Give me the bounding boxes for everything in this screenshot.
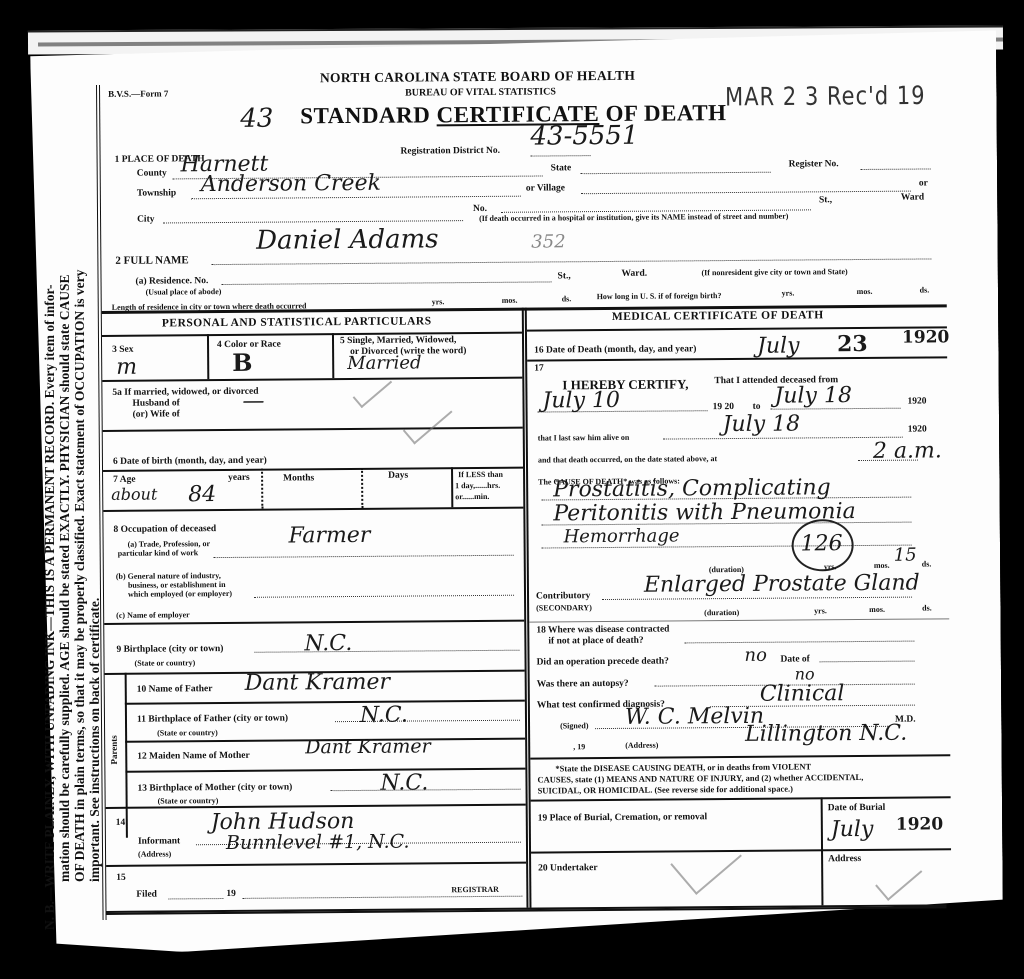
operation-date-label: Date of: [780, 654, 809, 664]
where-contracted-field[interactable]: [684, 641, 914, 644]
rule: [527, 326, 947, 331]
marital-status-value: Married: [347, 352, 421, 374]
spouse-label-2: Husband of: [132, 398, 179, 408]
full-name-field[interactable]: [211, 258, 931, 265]
attend-from-value: July 10: [542, 388, 620, 414]
reg-district-dots: [531, 155, 591, 156]
city-label: City: [137, 215, 154, 225]
undertaker-label: 20 Undertaker: [538, 863, 597, 873]
foreign-mos-label: mos.: [857, 287, 873, 296]
spouse-value: —: [242, 389, 264, 414]
sex-value: m: [116, 355, 137, 380]
occupation-label: 8 Occupation of deceased: [113, 524, 216, 535]
rule: [531, 796, 951, 801]
rule: [103, 427, 523, 432]
contrib-yrs-label: yrs.: [814, 606, 827, 615]
informant-address-value: Bunnlevel #1, N.C.: [226, 831, 410, 854]
occupation-a-value: Farmer: [288, 523, 370, 549]
date-of-death-label: 16 Date of Death (month, day, and year): [534, 344, 696, 355]
rule: [125, 673, 128, 838]
nonresident-note: (If nonresident give city or town and St…: [701, 267, 847, 277]
age-value: 84: [188, 482, 216, 507]
registration-district-label: Registration District No.: [400, 146, 500, 157]
city-field[interactable]: [163, 220, 463, 223]
personal-section-title: PERSONAL AND STATISTICAL PARTICULARS: [162, 315, 432, 329]
days-label: Days: [388, 471, 408, 481]
rule: [125, 768, 525, 773]
rule: [102, 332, 522, 337]
hospital-note: (If death occurred in a hospital or inst…: [479, 212, 788, 223]
township-label: Township: [137, 188, 176, 198]
cause-line-3: Hemorrhage: [563, 525, 679, 547]
physician-address-value: Lillington N.C.: [745, 721, 907, 747]
side-instructions-line-3: OF DEATH in plain terms, so that it may …: [72, 100, 87, 930]
filed-year-label: 19: [226, 889, 236, 899]
burial-date-label: Date of Burial: [828, 803, 886, 813]
foreign-ds-label: ds.: [920, 285, 930, 294]
length-yrs-label: yrs.: [432, 297, 445, 306]
rule: [332, 333, 334, 378]
cause-code: 126: [801, 531, 843, 556]
last-saw-label: that I last saw him alive on: [538, 433, 630, 443]
operation-value: no: [744, 645, 767, 666]
residence-field[interactable]: [222, 281, 552, 285]
where-contracted-label-2: if not at place of death?: [548, 636, 643, 647]
informant-label: Informant: [138, 836, 180, 846]
filed-label: Filed: [136, 890, 157, 900]
informant-number: 14: [116, 818, 126, 828]
residence-sublabel: (Usual place of abode): [146, 287, 222, 297]
duration-ds-label: ds.: [922, 559, 932, 568]
received-stamp: MAR 2 3 Rec'd 19: [725, 81, 926, 111]
bureau-name: BUREAU OF VITAL STATISTICS: [405, 86, 556, 98]
center-divider: [522, 308, 532, 908]
mother-name-label: 12 Maiden Name of Mother: [137, 751, 249, 762]
last-saw-field[interactable]: [663, 437, 903, 440]
undertaker-address-label: Address: [828, 854, 861, 864]
rule: [361, 468, 363, 508]
autopsy-label: Was there an autopsy?: [537, 679, 629, 690]
signed-label: (Signed): [560, 721, 589, 730]
register-no-field[interactable]: [861, 168, 931, 170]
filed-date-field[interactable]: [168, 898, 223, 899]
full-name-value: Daniel Adams: [256, 224, 439, 255]
months-label: Months: [283, 473, 314, 483]
father-birthplace-value: N.C.: [360, 703, 408, 728]
operation-label: Did an operation precede death?: [537, 657, 669, 668]
years-label: years: [228, 473, 250, 483]
attend-to-year: 1920: [907, 396, 926, 406]
birthplace-value: N.C.: [304, 631, 352, 656]
side-instructions-line-2: mation should be carefully supplied. AGE…: [57, 100, 72, 930]
race-value: B: [232, 348, 253, 377]
death-certificate-form: B.V.S.—Form 7 NORTH CAROLINA STATE BOARD…: [96, 78, 978, 920]
page-number-handwritten: 43: [240, 104, 273, 134]
age-prefix: about: [111, 485, 157, 504]
certify-number: 17: [534, 363, 544, 373]
birthplace-label: 9 Birthplace (city or town): [116, 644, 223, 655]
where-contracted-label-1: 18 Where was disease contracted: [536, 625, 669, 636]
registrar-label: REGISTRAR: [451, 885, 499, 894]
signed-value: W. C. Melvin: [625, 704, 764, 730]
footnote-line-2: CAUSES, state (1) MEANS AND NATURE OF IN…: [537, 772, 863, 785]
rule: [529, 618, 949, 622]
less-than-label-2: 1 day,......hrs.: [455, 481, 500, 490]
test-diagnosis-value: Clinical: [760, 681, 845, 707]
rule: [102, 377, 522, 382]
filed-number: 15: [116, 873, 126, 883]
age-label: 7 Age: [113, 475, 136, 485]
date-of-death-day: 23: [837, 331, 868, 357]
birthplace-sublabel: (State or country): [135, 658, 196, 667]
form-id: B.V.S.—Form 7: [108, 88, 168, 98]
occupation-b-label-3: which employed (or employer): [128, 589, 232, 599]
foreign-birth-label: How long in U. S. if of foreign birth?: [597, 291, 722, 301]
informant-address-label: (Address): [138, 849, 171, 858]
father-name-label: 10 Name of Father: [137, 684, 213, 695]
street-no-label: No.: [473, 204, 487, 214]
birthplace-field[interactable]: [254, 650, 519, 653]
occupation-a-field[interactable]: [214, 555, 514, 558]
contributory-label: Contributory: [536, 591, 590, 601]
foreign-yrs-label: yrs.: [782, 289, 795, 298]
certificate-number-handwritten: 43-5551: [530, 121, 638, 152]
mother-birthplace-label: 13 Birthplace of Mother (city or town): [137, 782, 292, 793]
footnote-line-1: *State the DISEASE CAUSING DEATH, or in …: [555, 761, 811, 773]
rule: [261, 469, 263, 509]
dob-label: 6 Date of birth (month, day, and year): [113, 456, 267, 467]
residence-label: (a) Residence. No.: [136, 276, 209, 287]
rule: [531, 848, 951, 853]
rule: [106, 862, 526, 867]
death-time-value: 2 a.m.: [873, 438, 942, 464]
signed-date-19: , 19: [573, 742, 585, 751]
occupation-c-label: (c) Name of employer: [116, 610, 190, 620]
attend-from-year: 19 20: [713, 402, 734, 412]
county-label: County: [137, 168, 167, 178]
medical-section-title: MEDICAL CERTIFICATE OF DEATH: [612, 309, 824, 323]
father-name-value: Dant Kramer: [245, 670, 390, 696]
register-no-label: Register No.: [789, 159, 839, 169]
full-name-label: 2 FULL NAME: [115, 254, 188, 267]
contrib-ds-label: ds.: [922, 603, 932, 612]
rule: [104, 620, 524, 625]
ward-label: Ward: [901, 192, 924, 202]
date-of-death-year: 1920: [902, 327, 949, 347]
rule: [530, 754, 950, 759]
board-name: NORTH CAROLINA STATE BOARD OF HEALTH: [320, 68, 635, 86]
date-of-death-month: July: [757, 333, 800, 358]
duration-mos-label: mos.: [874, 561, 890, 570]
spouse-label-3: (or) Wife of: [133, 409, 180, 419]
occupation-a-label-2: particular kind of work: [118, 548, 199, 558]
father-birthplace-label: 11 Birthplace of Father (city or town): [137, 714, 288, 725]
death-occurred-label: and that death occurred, on the date sta…: [538, 454, 717, 464]
contrib-mos-label: mos.: [869, 605, 885, 614]
or-village-label: or Village: [526, 183, 565, 193]
full-name-extra-number: 352: [531, 231, 566, 252]
length-ds-label: ds.: [562, 294, 572, 303]
burial-date-year: 1920: [896, 814, 943, 834]
cause-line-1: Prostatitis, Complicating: [553, 475, 831, 502]
rule: [125, 700, 525, 705]
mother-name-value: Dant Kramer: [305, 735, 431, 758]
contributory-value: Enlarged Prostate Gland: [644, 571, 920, 598]
last-saw-value: July 18: [723, 411, 801, 437]
duration-yrs-label: yrs.: [824, 562, 837, 571]
registrar-field[interactable]: [242, 896, 522, 899]
burial-date-value: July: [831, 817, 874, 842]
physician-address-label: (Address): [625, 741, 658, 750]
or-label: or: [919, 178, 928, 188]
residence-st-label: St.,: [557, 271, 570, 281]
side-instructions-line-1: N. B.—WRITE PLAINLY, WITH UNFADING INK—T…: [42, 100, 57, 930]
residence-ward-label: Ward.: [621, 269, 647, 279]
mother-birthplace-sublabel: (State or country): [158, 796, 219, 805]
checkmark: [670, 826, 742, 895]
village-field[interactable]: [581, 191, 911, 195]
operation-date-field[interactable]: [820, 661, 915, 663]
township-value: Anderson Creek: [201, 171, 381, 197]
less-than-label-3: or......min.: [455, 492, 489, 501]
rule: [103, 507, 523, 512]
spouse-label-1: 5a If married, widowed, or divorced: [112, 387, 258, 398]
rule: [451, 467, 453, 507]
rule: [527, 356, 947, 361]
checkmark: [875, 857, 922, 901]
contributory-sublabel: (SECONDARY): [536, 603, 592, 612]
last-saw-year: 1920: [908, 424, 927, 434]
marital-status-label-1: 5 Single, Married, Widowed,: [340, 335, 456, 346]
checkmark: [403, 398, 453, 444]
burial-place-label: 19 Place of Burial, Cremation, or remova…: [538, 812, 707, 823]
mother-birthplace-value: N.C.: [380, 770, 428, 795]
contrib-duration-label: (duration): [704, 608, 739, 617]
sex-label: 3 Sex: [112, 345, 133, 355]
occupation-b-field[interactable]: [254, 595, 514, 598]
attend-to-value: July 18: [774, 383, 852, 409]
state-field[interactable]: [581, 172, 771, 174]
state-label: State: [551, 163, 572, 173]
father-birthplace-sublabel: (State or country): [157, 728, 218, 737]
rule: [207, 334, 209, 379]
less-than-label-1: If LESS than: [458, 470, 503, 479]
length-mos-label: mos.: [502, 296, 518, 305]
duration-value: 15: [894, 545, 917, 566]
to-label: to: [753, 402, 761, 412]
certificate-title: STANDARD CERTIFICATE OF DEATH: [300, 100, 726, 129]
parents-label: Parents: [109, 735, 119, 764]
title-prefix: STANDARD: [300, 102, 430, 128]
street-st-label: St.,: [819, 195, 832, 205]
footnote-line-3: SUICIDAL, OR HOMICIDAL. (See reverse sid…: [538, 784, 793, 796]
